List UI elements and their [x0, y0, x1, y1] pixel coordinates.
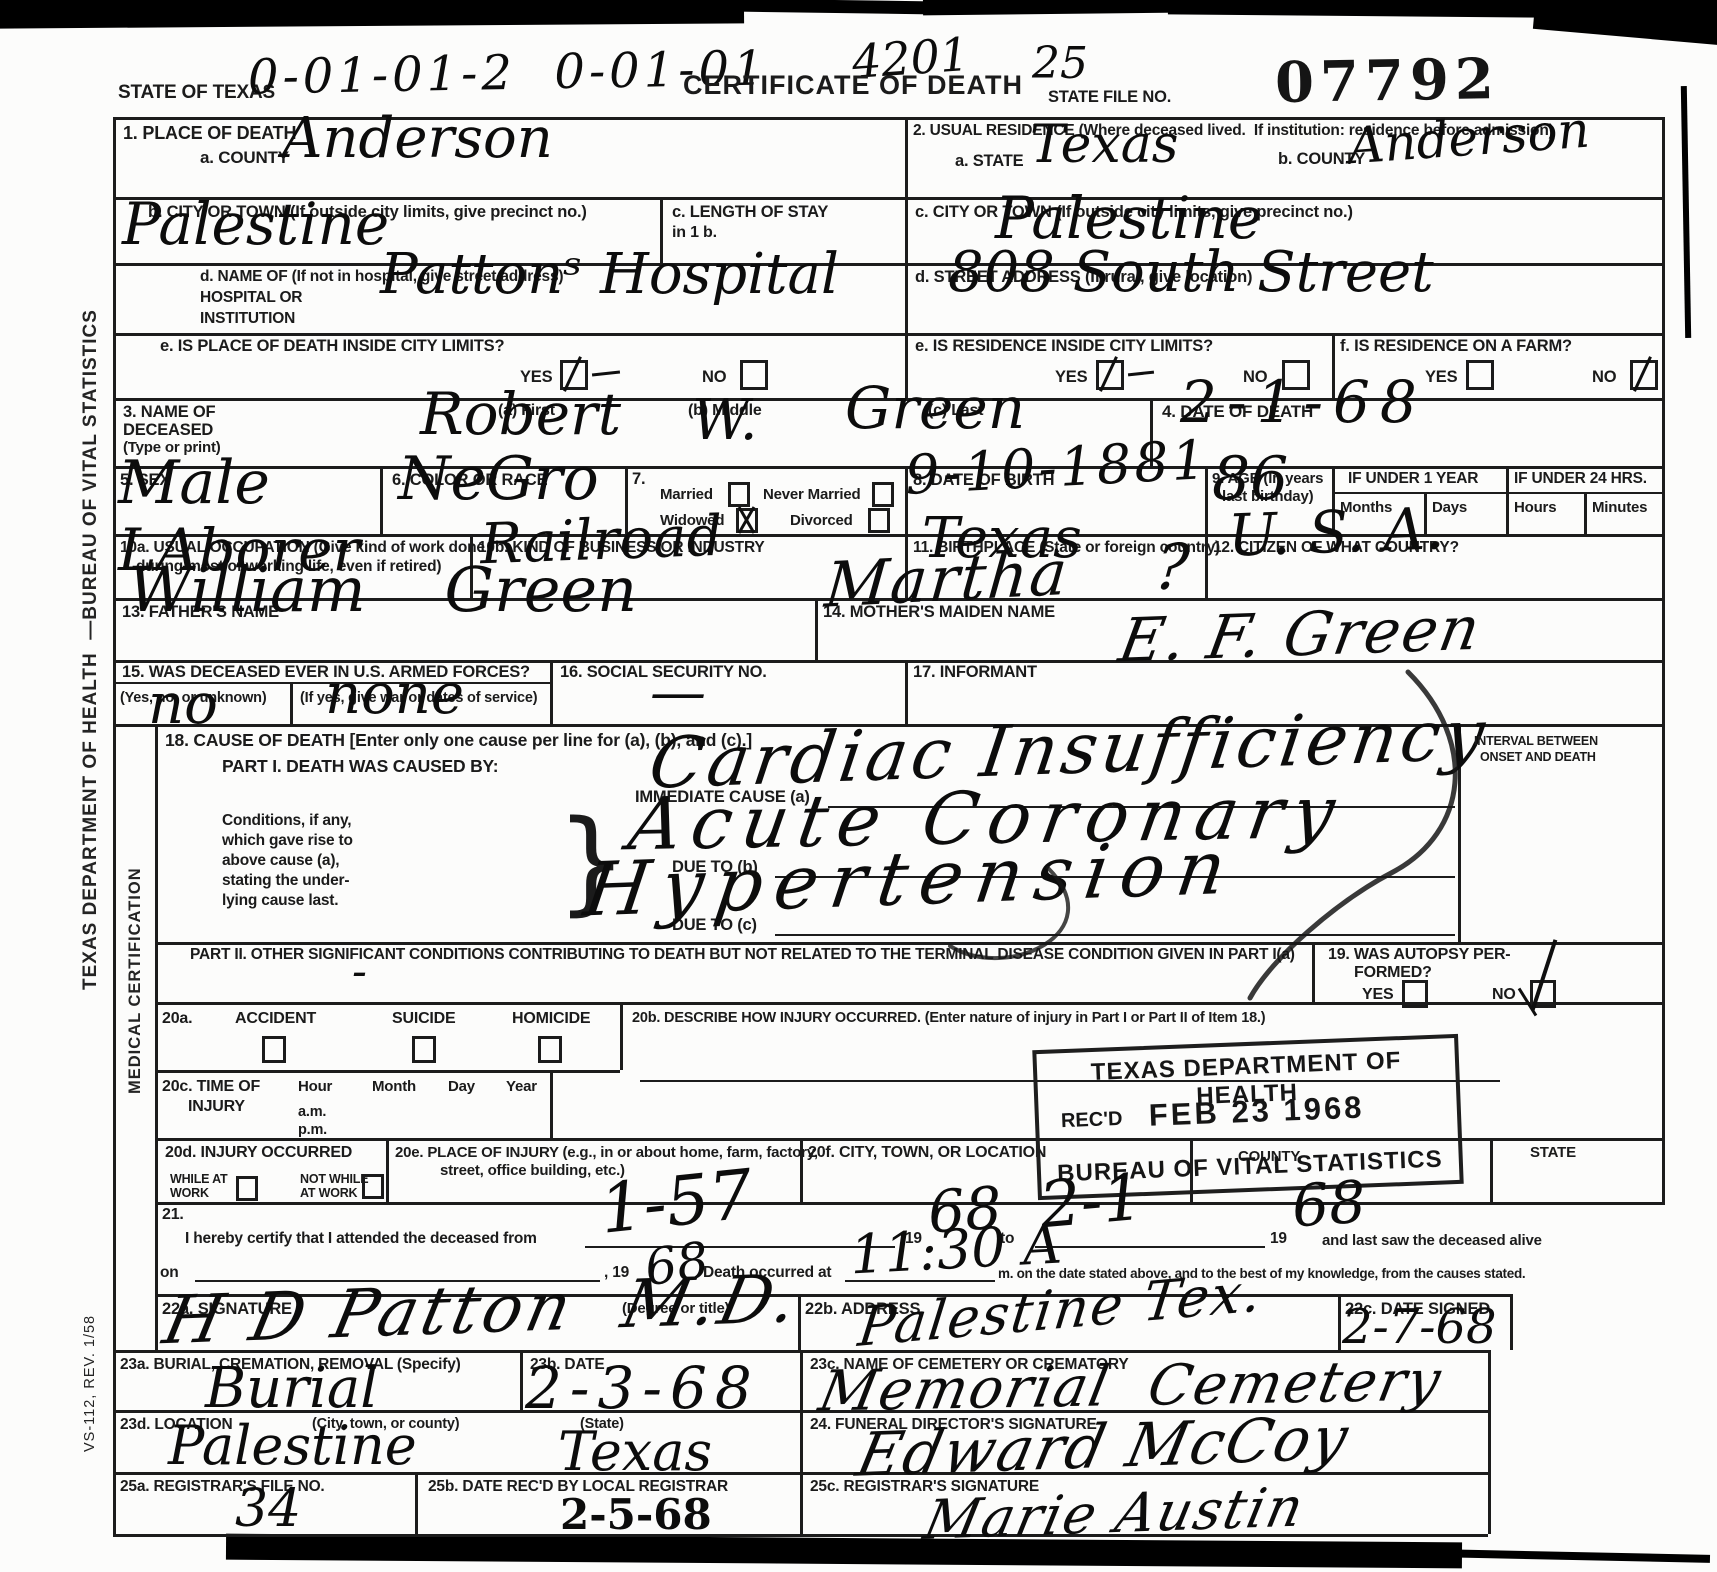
- place-of-death-section-label: 1. PLACE OF DEATH: [123, 123, 296, 144]
- agency-vertical-label: TEXAS DEPARTMENT OF HEALTH —BUREAU OF VI…: [80, 278, 102, 990]
- conditions-note-2: which gave rise to: [222, 832, 353, 850]
- pod-city-limits-label: e. IS PLACE OF DEATH INSIDE CITY LIMITS?: [160, 337, 504, 356]
- certify-text-1: I hereby certify that I attended the dec…: [185, 1230, 537, 1248]
- printed-19-b: 19: [1270, 1230, 1287, 1248]
- farm-no-checkbox: [1630, 360, 1658, 390]
- location-city-value: Palestine: [168, 1422, 417, 1471]
- farm-no-label: NO: [1592, 368, 1616, 387]
- informant-label: 17. INFORMANT: [913, 663, 1037, 682]
- divider: [113, 466, 1665, 469]
- last-name-value: Green: [845, 382, 1025, 434]
- divider: [1332, 492, 1662, 494]
- divider: [415, 1472, 418, 1534]
- conditions-note-5: lying cause last.: [222, 892, 338, 910]
- widowed-checkbox: [736, 508, 758, 533]
- blank-line-21b: [1035, 1246, 1265, 1248]
- scan-artifact-bar: [0, 0, 744, 29]
- name-label-1: 3. NAME OF: [123, 403, 215, 422]
- suicide-checkbox: [412, 1036, 436, 1063]
- divider: [113, 117, 116, 1534]
- hospital-label-3: INSTITUTION: [200, 310, 295, 328]
- registrar-file-value: 34: [235, 1486, 301, 1533]
- scan-artifact-bar: [740, 0, 930, 14]
- divorced-checkbox: [868, 508, 890, 533]
- divider: [155, 1002, 1665, 1005]
- res-state-label: a. STATE: [955, 152, 1023, 171]
- divider: [386, 1138, 389, 1202]
- item-20a-label: 20a.: [162, 1010, 192, 1029]
- divider: [800, 1350, 803, 1410]
- time-of-injury-label-2: INJURY: [188, 1098, 245, 1117]
- citizen-value: U. S. A.: [1227, 502, 1444, 562]
- res-city-limits-label: e. IS RESIDENCE INSIDE CITY LIMITS?: [915, 337, 1213, 356]
- attended-from-value: 1-57: [597, 1164, 755, 1241]
- accident-label: ACCIDENT: [235, 1010, 316, 1029]
- date-of-birth-value: 9-10-1881: [904, 436, 1210, 500]
- injury-occurred-label: 20d. INJURY OCCURRED: [165, 1144, 352, 1163]
- state-file-no-value: 07792: [1274, 46, 1500, 116]
- item-21-label: 21.: [162, 1206, 184, 1225]
- date-recd-value: 2-5-68: [560, 1496, 712, 1534]
- pod-no-label: NO: [702, 368, 726, 387]
- conditions-note-3: above cause (a),: [222, 852, 339, 870]
- divider: [290, 682, 293, 724]
- res-county-value: Anderson: [1347, 108, 1591, 170]
- married-checkbox: [728, 482, 750, 507]
- city-town-location-label: 20f. CITY, TOWN, OR LOCATION: [808, 1144, 1046, 1163]
- divider: [550, 660, 553, 724]
- minutes-label: Minutes: [1592, 499, 1647, 517]
- scan-artifact-bar: [923, 0, 1178, 15]
- date-of-death-value: 2-1-68: [1180, 376, 1427, 428]
- married-label: Married: [660, 486, 713, 504]
- check-mark: [1633, 356, 1652, 392]
- street-address-value: 808 South Street: [948, 248, 1434, 298]
- pod-no-checkbox: [740, 360, 768, 390]
- conditions-note-4: stating the under-: [222, 872, 349, 890]
- while-at-work-label-1: WHILE AT: [170, 1172, 227, 1187]
- interval-label-2: ONSET AND DEATH: [1480, 750, 1596, 765]
- hours-label: Hours: [1514, 499, 1556, 517]
- armed-forces-value: no: [148, 680, 218, 730]
- divider: [1510, 1294, 1513, 1350]
- check-tail: [592, 371, 620, 377]
- farm-label: f. IS RESIDENCE ON A FARM?: [1340, 337, 1572, 356]
- not-while-label-1: NOT WHILE: [300, 1172, 368, 1187]
- hour-label: Hour: [298, 1078, 332, 1096]
- check-tail: [1128, 371, 1154, 377]
- death-certificate-scan: TEXAS DEPARTMENT OF HEALTH —BUREAU OF VI…: [0, 0, 1717, 1572]
- describe-injury-label: 20b. DESCRIBE HOW INJURY OCCURRED. (Ente…: [632, 1010, 1265, 1027]
- accident-checkbox: [262, 1036, 286, 1063]
- race-value: NeGro: [398, 452, 599, 506]
- medical-certification-vertical-label: MEDICAL CERTIFICATION: [126, 832, 145, 1094]
- res-yes-checkbox: [1096, 360, 1124, 390]
- divider: [1506, 466, 1509, 534]
- burial-date-value: 2-3-68: [525, 1362, 760, 1414]
- day-label: Day: [448, 1078, 475, 1096]
- handwritten-25: 25: [1032, 44, 1088, 84]
- armed-forces-service-value: none: [325, 670, 464, 720]
- form-number-vertical-label: VS-112, REV. 1/58: [82, 1272, 98, 1452]
- check-mark: [1099, 356, 1118, 392]
- name-label-2: DECEASED: [123, 421, 213, 440]
- to-year-value: 68: [1290, 1175, 1367, 1232]
- divider: [1338, 1294, 1341, 1350]
- never-married-label: Never Married: [763, 486, 860, 504]
- pod-county-label: a. COUNTY: [200, 148, 289, 168]
- hospital-value: Pattonˢ Hospital: [380, 250, 839, 300]
- part2-dash-mark: -: [352, 952, 367, 992]
- informant-signature: E. F. Green: [1115, 602, 1485, 669]
- res-state-value: Texas: [1030, 122, 1178, 169]
- res-yes-label: YES: [1055, 368, 1087, 387]
- location-state-value: Texas: [558, 1428, 712, 1477]
- pod-city-value: Palestine: [122, 198, 389, 250]
- divider: [620, 1002, 623, 1070]
- suicide-label: SUICIDE: [392, 1010, 456, 1029]
- res-city-value: Palestine: [995, 192, 1262, 244]
- not-while-checkbox: [362, 1174, 384, 1199]
- divider: [550, 1070, 553, 1138]
- autopsy-no-label: NO: [1492, 986, 1516, 1005]
- autopsy-yes-label: YES: [1362, 986, 1393, 1005]
- date-signed-value: 2-7-68: [1342, 1306, 1497, 1349]
- am-label: a.m.: [298, 1104, 326, 1121]
- state-column-label: STATE: [1530, 1144, 1576, 1162]
- year-label: Year: [506, 1078, 537, 1096]
- stamp-date: FEB 23 1968: [1148, 1090, 1365, 1134]
- divider: [380, 466, 383, 534]
- divider: [800, 1472, 803, 1534]
- while-at-work-label-2: WORK: [170, 1186, 209, 1201]
- interval-label-1: INTERVAL BETWEEN: [1474, 734, 1598, 749]
- middle-name-value: W.: [692, 396, 758, 446]
- sex-value: Male: [118, 456, 270, 510]
- time-of-injury-label-1: 20c. TIME OF: [162, 1078, 260, 1097]
- scan-artifact-bar: [1168, 0, 1548, 18]
- funeral-director-signature: Edward McCoy: [852, 1411, 1354, 1483]
- age-value: 86: [1212, 452, 1288, 506]
- divider: [155, 724, 158, 1350]
- mother-name-value: Martha ?: [823, 538, 1193, 613]
- ssn-value: —: [650, 668, 706, 718]
- physician-signature: H D Patton M.D.: [159, 1269, 806, 1351]
- conditions-note-1: Conditions, if any,: [222, 812, 351, 830]
- divider: [1490, 1138, 1493, 1202]
- autopsy-yes-checkbox: [1402, 980, 1428, 1008]
- divider: [1662, 117, 1665, 1202]
- while-at-work-checkbox: [236, 1176, 258, 1201]
- homicide-checkbox: [538, 1036, 562, 1063]
- on-label: on: [160, 1264, 179, 1282]
- state-file-no-label: STATE FILE NO.: [1048, 88, 1171, 107]
- farm-yes-label: YES: [1425, 368, 1457, 387]
- scan-artifact-bar: [1681, 86, 1691, 338]
- not-while-label-2: AT WORK: [300, 1186, 357, 1201]
- divider: [520, 1350, 523, 1410]
- divider: [1312, 942, 1315, 1002]
- pod-county-value: Anderson: [282, 114, 553, 164]
- length-of-stay-sublabel: in 1 b.: [672, 224, 717, 243]
- scan-artifact-bar: [1533, 0, 1717, 47]
- part1-label: PART I. DEATH WAS CAUSED BY:: [222, 756, 498, 777]
- scan-artifact-bar: [1438, 1549, 1710, 1563]
- first-name-value: Robert: [420, 388, 621, 440]
- certify-text-2: and last saw the deceased alive: [1322, 1232, 1542, 1250]
- divider: [1584, 492, 1587, 534]
- month-label: Month: [372, 1078, 416, 1096]
- divider: [113, 333, 1665, 336]
- divider: [905, 117, 908, 398]
- autopsy-label-1: 19. WAS AUTOPSY PER-: [1328, 946, 1510, 965]
- if-under-24-hrs-label: IF UNDER 24 HRS.: [1514, 470, 1647, 488]
- burial-value: Burial: [205, 1364, 378, 1414]
- divider: [1488, 1350, 1491, 1534]
- hospital-label-2: HOSPITAL OR: [200, 289, 302, 307]
- stamp-recd-label: REC'D: [1061, 1108, 1123, 1133]
- length-of-stay-label: c. LENGTH OF STAY: [672, 203, 828, 222]
- divider: [815, 598, 818, 660]
- marital-item-label: 7.: [632, 470, 645, 489]
- certificate-title: CERTIFICATE OF DEATH: [683, 70, 1023, 102]
- never-married-checkbox: [872, 482, 894, 507]
- cause-line-c: [775, 934, 1455, 936]
- registrar-signature: Marie Austin: [920, 1483, 1309, 1545]
- place-of-injury-label-1: 20e. PLACE OF INJURY (e.g., in or about …: [395, 1144, 818, 1162]
- divider: [800, 1410, 803, 1472]
- father-name-value: William Green: [128, 562, 637, 618]
- pm-label: p.m.: [298, 1122, 327, 1139]
- farm-yes-checkbox: [1466, 360, 1494, 390]
- divorced-label: Divorced: [790, 512, 853, 530]
- if-under-1-year-label: IF UNDER 1 YEAR: [1348, 470, 1478, 488]
- due-to-c-value: Hypertension: [580, 834, 1241, 924]
- divider: [155, 1202, 1665, 1205]
- homicide-label: HOMICIDE: [512, 1010, 590, 1029]
- divider: [155, 942, 1665, 945]
